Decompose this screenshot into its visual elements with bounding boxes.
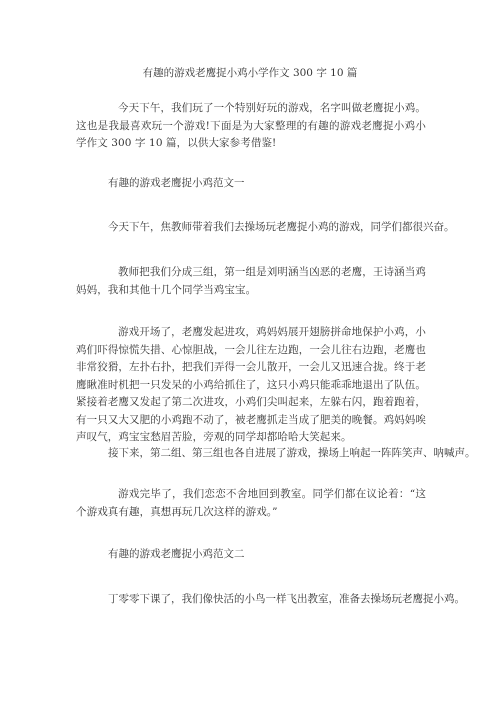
- section-heading-1: 有趣的游戏老鹰捉小鸡范文一: [108, 176, 245, 190]
- document-title: 有趣的游戏老鹰捉小鸡小学作文 300 字 10 篇: [0, 66, 500, 80]
- intro-paragraph: 今天下午，我们玩了一个特别好玩的游戏，名字叫做老鹰捉小鸡。这也是我最喜欢玩一个游…: [76, 100, 426, 153]
- section-heading-2: 有趣的游戏老鹰捉小鸡范文二: [108, 547, 245, 561]
- section-1-paragraph-3: 游戏开场了，老鹰发起进攻，鸡妈妈展开翅膀拼命地保护小鸡，小鸡们吓得惊慌失措、心惊…: [76, 324, 426, 447]
- document-page: 有趣的游戏老鹰捉小鸡小学作文 300 字 10 篇 今天下午，我们玩了一个特别好…: [0, 0, 500, 707]
- section-1-paragraph-2: 教师把我们分成三组，第一组是刘明涵当凶恶的老鹰，王诗涵当鸡妈妈，我和其他十几个同…: [76, 264, 426, 299]
- section-2-paragraph-1: 丁零零下课了，我们像快活的小鸟一样飞出教室，准备去操场玩老鹰捉小鸡。: [108, 592, 465, 606]
- section-1-paragraph-5: 游戏完毕了，我们恋恋不舍地回到教室。同学们都在议论着：“这个游戏真有趣，真想再玩…: [76, 486, 426, 521]
- section-1-paragraph-4: 接下来，第二组、第三组也各自进展了游戏，操场上响起一阵阵笑声、呐喊声。: [108, 446, 476, 460]
- section-1-paragraph-1: 今天下午，焦教师带着我们去操场玩老鹰捉小鸡的游戏，同学们都很兴奋。: [108, 220, 455, 234]
